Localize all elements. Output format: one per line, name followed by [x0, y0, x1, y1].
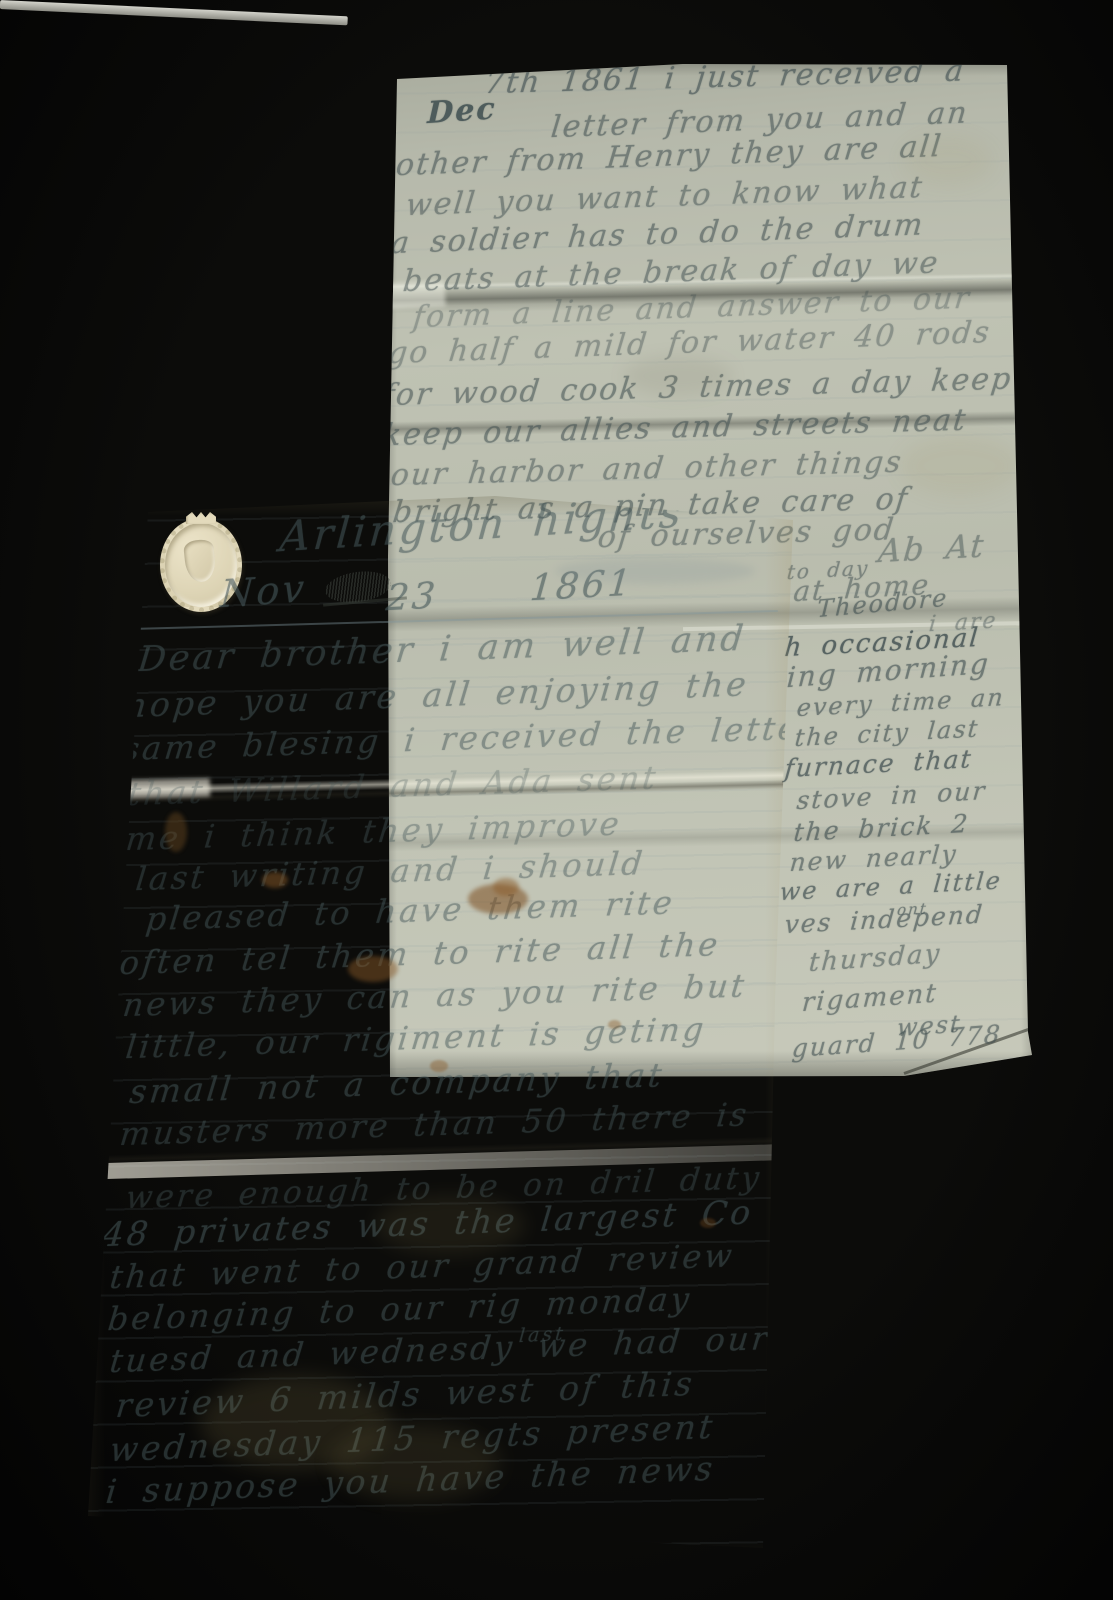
- stain: [375, 1195, 525, 1255]
- stains: [75, 480, 805, 1570]
- stain: [608, 1020, 621, 1029]
- stain: [700, 1218, 716, 1228]
- second-sheet-edge: [0, 0, 348, 25]
- stain: [623, 356, 733, 396]
- photo-background: Dec 7th 1861 i just received aletter fro…: [0, 0, 1113, 1600]
- stain: [493, 878, 519, 896]
- stain: [165, 812, 187, 852]
- stain: [330, 1425, 500, 1500]
- letter-page-november: Arlington hights Nov 23 1861 last Dear b…: [75, 480, 805, 1570]
- stain: [430, 1060, 448, 1072]
- stain: [555, 558, 755, 584]
- stain: [262, 872, 288, 888]
- stain: [348, 956, 398, 982]
- stain: [903, 136, 993, 186]
- stain: [900, 436, 1020, 496]
